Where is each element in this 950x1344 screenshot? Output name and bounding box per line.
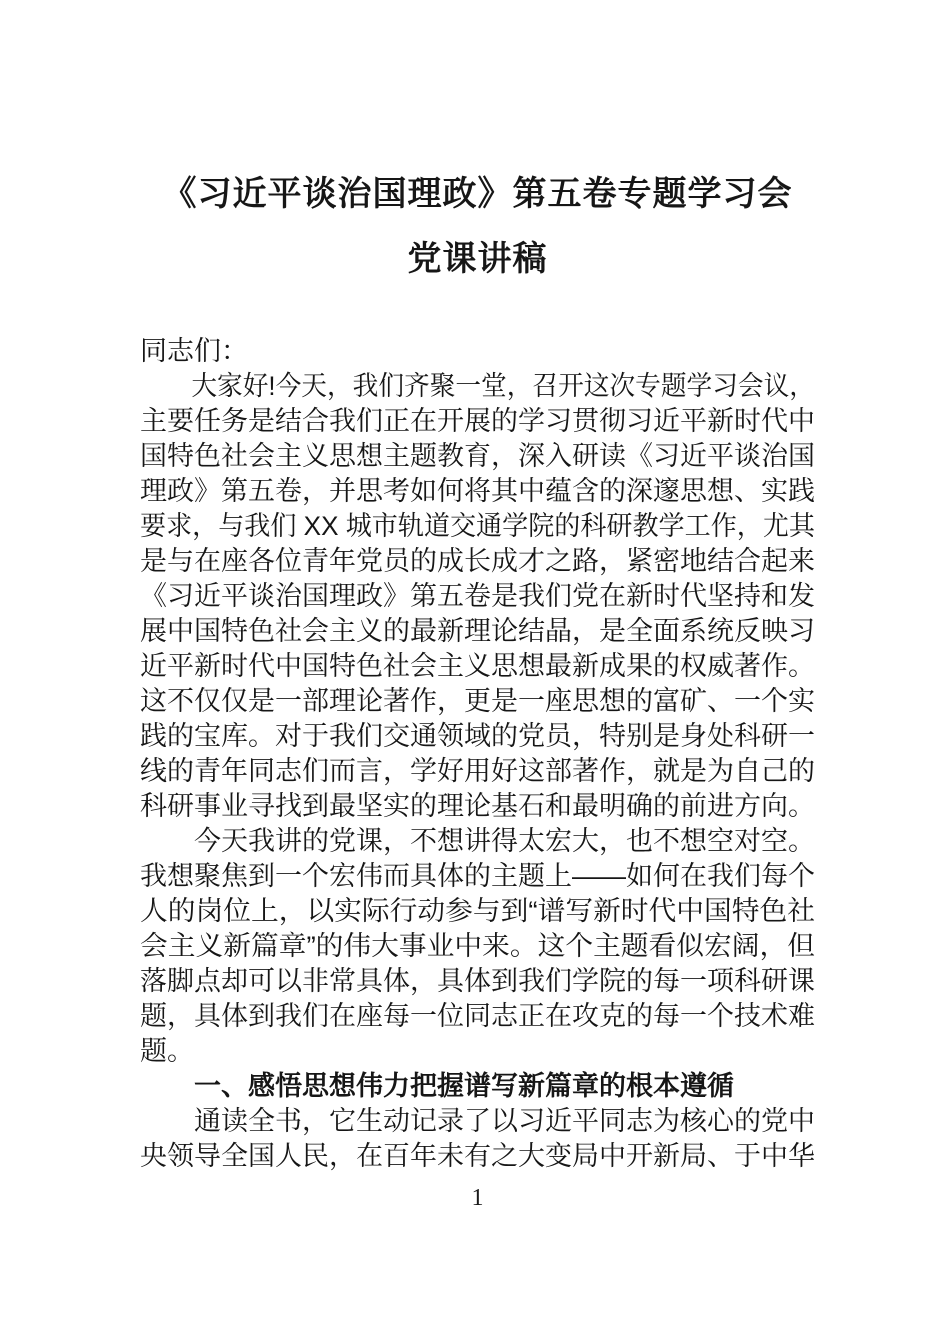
- text-line-content: 今天我讲的党课，不想讲得太宏大，也不想空对空。: [194, 826, 815, 856]
- text-line: 落脚点却可以非常具体，具体到我们学院的每一项科研课: [140, 964, 815, 999]
- text-line-content: 大家好!今天，我们齐聚一堂，召开这次专题学习会议，: [191, 371, 815, 401]
- text-line-content: 理政》第五卷，并思考如何将其中蕴含的深邃思想、实践: [140, 476, 815, 506]
- text-line: 国特色社会主义思想主题教育，深入研读《习近平谈治国: [140, 439, 815, 474]
- text-line: 是与在座各位青年党员的成长成才之路，紧密地结合起来: [140, 544, 815, 579]
- text-line-content: 是与在座各位青年党员的成长成才之路，紧密地结合起来: [140, 546, 815, 576]
- text-line: 理政》第五卷，并思考如何将其中蕴含的深邃思想、实践: [140, 474, 815, 509]
- text-line: 要求，与我们 XX 城市轨道交通学院的科研教学工作，尤其: [140, 509, 792, 544]
- document-page: 《习近平谈治国理政》第五卷专题学习会 党课讲稿 同志们：大家好!今天，我们齐聚一…: [0, 0, 950, 1344]
- text-line-content: 践的宝库。对于我们交通领域的党员，特别是身处科研一: [140, 721, 815, 751]
- text-line-content: 主要任务是结合我们正在开展的学习贯彻习近平新时代中: [140, 406, 815, 436]
- text-line-content: 通读全书，它生动记录了以习近平同志为核心的党中: [194, 1106, 815, 1136]
- text-line: 我想聚焦到一个宏伟而具体的主题上——如何在我们每个: [140, 859, 815, 894]
- text-line: 大家好!今天，我们齐聚一堂，召开这次专题学习会议，: [140, 369, 782, 404]
- document-title-line-2: 党课讲稿: [140, 227, 815, 292]
- text-line: 践的宝库。对于我们交通领域的党员，特别是身处科研一: [140, 719, 815, 754]
- text-line-content: 《习近平谈治国理政》第五卷是我们党在新时代坚持和发: [140, 581, 815, 611]
- text-line: 人的岗位上，以实际行动参与到“谱写新时代中国特色社: [140, 894, 833, 929]
- paragraph-salutation: 同志们：: [140, 334, 815, 369]
- text-line-content: 题。: [140, 1036, 194, 1066]
- text-line-content: 国特色社会主义思想主题教育，深入研读《习近平谈治国: [140, 441, 815, 471]
- text-line: 题。: [140, 1034, 815, 1069]
- text-line-content: 会主义新篇章”的伟大事业中来。这个主题看似宏阔，但: [140, 931, 815, 961]
- text-line-content: 要求，与我们 XX 城市轨道交通学院的科研教学工作，尤其: [140, 511, 815, 541]
- text-line-content: 科研事业寻找到最坚实的理论基石和最明确的前进方向。: [140, 791, 815, 821]
- text-line-content: 近平新时代中国特色社会主义思想最新成果的权威著作。: [140, 651, 815, 681]
- text-line: 展中国特色社会主义的最新理论结晶，是全面系统反映习: [140, 614, 815, 649]
- text-line: 这不仅仅是一部理论著作，更是一座思想的富矿、一个实: [140, 684, 815, 719]
- document-title-line-1: 《习近平谈治国理政》第五卷专题学习会: [140, 162, 815, 227]
- text-line-content: 展中国特色社会主义的最新理论结晶，是全面系统反映习: [140, 616, 815, 646]
- text-line-content: 我想聚焦到一个宏伟而具体的主题上——如何在我们每个: [140, 861, 815, 891]
- paragraph-heading: 一、感悟思想伟力把握谱写新篇章的根本遵循: [140, 1069, 815, 1104]
- page-number: 1: [140, 1182, 815, 1214]
- document-title: 《习近平谈治国理政》第五卷专题学习会 党课讲稿: [140, 162, 815, 292]
- text-line-content: 一、感悟思想伟力把握谱写新篇章的根本遵循: [194, 1071, 734, 1101]
- document-content: 《习近平谈治国理政》第五卷专题学习会 党课讲稿 同志们：大家好!今天，我们齐聚一…: [140, 0, 815, 1214]
- paragraph-body: 通读全书，它生动记录了以习近平同志为核心的党中央领导全国人民，在百年未有之大变局…: [140, 1104, 815, 1174]
- text-line-content: 同志们：: [140, 336, 248, 366]
- text-line-content: 这不仅仅是一部理论著作，更是一座思想的富矿、一个实: [140, 686, 815, 716]
- text-line: 一、感悟思想伟力把握谱写新篇章的根本遵循: [140, 1069, 815, 1104]
- text-line-content: 线的青年同志们而言，学好用好这部著作，就是为自己的: [140, 756, 815, 786]
- document-body: 同志们：大家好!今天，我们齐聚一堂，召开这次专题学习会议，主要任务是结合我们正在…: [140, 334, 815, 1174]
- text-line: 题，具体到我们在座每一位同志正在攻克的每一个技术难: [140, 999, 815, 1034]
- text-line-content: 人的岗位上，以实际行动参与到“谱写新时代中国特色社: [140, 896, 815, 926]
- text-line: 今天我讲的党课，不想讲得太宏大，也不想空对空。: [140, 824, 815, 859]
- text-line: 央领导全国人民，在百年未有之大变局中开新局、于中华: [140, 1139, 815, 1174]
- text-line: 通读全书，它生动记录了以习近平同志为核心的党中: [140, 1104, 815, 1139]
- text-line: 同志们：: [140, 334, 815, 369]
- text-line: 线的青年同志们而言，学好用好这部著作，就是为自己的: [140, 754, 815, 789]
- text-line: 《习近平谈治国理政》第五卷是我们党在新时代坚持和发: [140, 579, 815, 614]
- text-line: 近平新时代中国特色社会主义思想最新成果的权威著作。: [140, 649, 815, 684]
- paragraph-body: 今天我讲的党课，不想讲得太宏大，也不想空对空。我想聚焦到一个宏伟而具体的主题上—…: [140, 824, 815, 1069]
- text-line-content: 落脚点却可以非常具体，具体到我们学院的每一项科研课: [140, 966, 815, 996]
- text-line: 主要任务是结合我们正在开展的学习贯彻习近平新时代中: [140, 404, 815, 439]
- text-line-content: 题，具体到我们在座每一位同志正在攻克的每一个技术难: [140, 1001, 815, 1031]
- paragraph-body: 大家好!今天，我们齐聚一堂，召开这次专题学习会议，主要任务是结合我们正在开展的学…: [140, 369, 815, 824]
- text-line-content: 央领导全国人民，在百年未有之大变局中开新局、于中华: [140, 1141, 815, 1171]
- text-line: 科研事业寻找到最坚实的理论基石和最明确的前进方向。: [140, 789, 815, 824]
- text-line: 会主义新篇章”的伟大事业中来。这个主题看似宏阔，但: [140, 929, 833, 964]
